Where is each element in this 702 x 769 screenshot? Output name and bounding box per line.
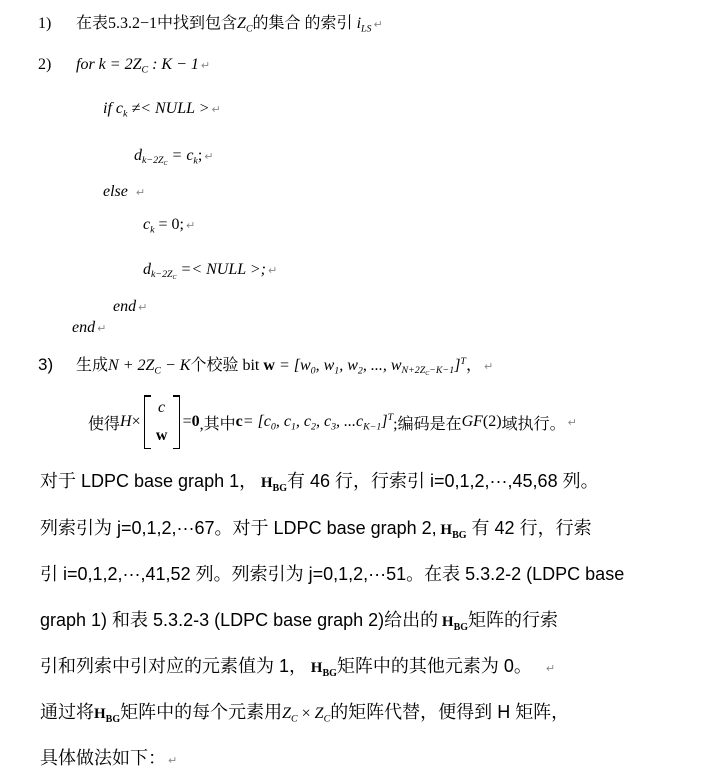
for-keyword: for [76, 56, 95, 73]
paragraph-mark: ↵ [138, 301, 147, 314]
para1-line2: 列索引为 j=0,1,2,···67。对于 LDPC base graph 2,… [40, 514, 592, 541]
column-vector: c w [144, 395, 180, 449]
step-number: 3) [38, 355, 76, 375]
assign-ck-zero: ck = 0;↵ [143, 216, 195, 235]
paragraph-mark: ↵ [168, 754, 177, 767]
end-outer: end↵ [72, 319, 106, 337]
h-bg: HBG [94, 706, 120, 722]
step-text: 在表5.3.2−1中找到包含 [76, 15, 237, 32]
step-3-condition: 使得H × c w = 0,其中c = [c0, c1, c2, c3, ...… [88, 394, 577, 450]
para1-line3: 引 i=0,1,2,···,41,52 列。列索引为 j=0,1,2,···51… [40, 560, 624, 586]
para1-line4: graph 1) 和表 5.3.2-3 (LDPC base graph 2)给… [40, 606, 558, 633]
paragraph-mark: ↵ [568, 416, 577, 429]
assign-d-ck: dk−2ZC = ck;↵ [134, 147, 214, 167]
paragraph-mark: ↵ [136, 186, 145, 199]
paragraph-mark: ↵ [268, 264, 277, 277]
var-zc: ZC [237, 15, 253, 32]
h-bg: HBG [257, 475, 287, 491]
h-bg: HBG [307, 660, 337, 676]
paragraph-mark: ↵ [373, 18, 382, 31]
else-keyword: else [103, 183, 128, 200]
paragraph-mark: ↵ [204, 150, 213, 163]
step-number: 1) [38, 15, 76, 33]
paragraph-mark: ↵ [484, 360, 493, 373]
index-ils: iLS [357, 15, 372, 32]
h-bg: HBG [438, 614, 468, 630]
paragraph-mark: ↵ [186, 219, 195, 232]
end-inner: end↵ [113, 298, 147, 316]
else-line: else↵ [103, 183, 145, 201]
para1-line5: 引和列索中引对应的元素值为 1， HBG矩阵中的其他元素为 0。↵ [40, 652, 555, 679]
assign-d-null: dk−2ZC =< NULL >;↵ [143, 261, 277, 281]
step-number: 2) [38, 56, 76, 74]
para2-line2: 具体做法如下：↵ [40, 744, 177, 769]
step-2-for: 2)for k = 2ZC : K − 1↵ [38, 56, 210, 75]
paragraph-mark: ↵ [546, 662, 555, 675]
zc-times-zc: ZC × ZC [282, 705, 330, 722]
step-3: 3)生成N + 2ZC − K个校验 bit w = [w0, w1, w2, … [38, 352, 493, 377]
para2-line1: 通过将HBG矩阵中的每个元素用ZC × ZC的矩阵代替，便得到 H 矩阵， [40, 698, 569, 725]
if-line: if ck ≠< NULL >↵ [103, 100, 221, 119]
w-vector: = [w0, w1, w2, ..., wN+2ZC−K−1]T [275, 357, 466, 374]
para1-line1: 对于 LDPC base graph 1， HBG有 46 行，行索引 i=0,… [40, 467, 599, 494]
paragraph-mark: ↵ [201, 59, 210, 72]
for-expr: k = 2ZC : K − 1 [99, 56, 199, 73]
h-bg: HBG [437, 522, 467, 538]
expr-n2zck: N + 2ZC − K [108, 357, 190, 374]
step-1: 1)在表5.3.2−1中找到包含ZC的集合 的索引 iLS↵ [38, 10, 383, 34]
paragraph-mark: ↵ [97, 322, 106, 335]
if-keyword: if [103, 100, 112, 117]
paragraph-mark: ↵ [212, 103, 221, 116]
